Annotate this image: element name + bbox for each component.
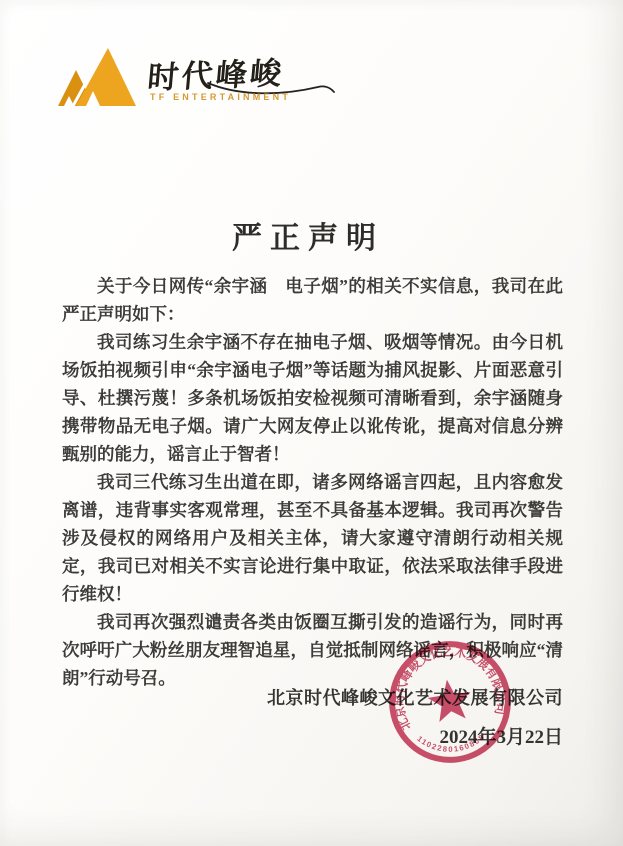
brand-name-en: TF ENTERTAINMENT bbox=[150, 92, 291, 102]
paragraph-warning: 我司三代练习生出道在即，诸多网络谣言四起，且内容愈发离谱，违背事实客观常理，甚至… bbox=[62, 468, 563, 608]
statement-body: 关于今日网传“余宇涵 电子烟”的相关不实信息，我司在此严正声明如下： 我司练习生… bbox=[62, 272, 563, 692]
statement-document: 时代峰峻 TF ENTERTAINMENT 严正声明 关于今日网传“余宇涵 电子… bbox=[0, 0, 623, 846]
tf-triangle-logo-icon bbox=[56, 46, 138, 108]
company-logo: 时代峰峻 TF ENTERTAINMENT bbox=[56, 44, 316, 110]
paragraph-denial: 我司练习生余宇涵不存在抽电子烟、吸烟等情况。由今日机场饭拍视频引申“余宇涵电子烟… bbox=[62, 328, 563, 468]
signature-date: 2024年3月22日 bbox=[267, 722, 563, 749]
paragraph-appeal: 我司再次强烈谴责各类由饭圈互撕引发的造谣行为，同时再次呼吁广大粉丝朋友理智追星，… bbox=[62, 608, 563, 692]
statement-title: 严正声明 bbox=[0, 213, 608, 257]
paragraph-intro: 关于今日网传“余宇涵 电子烟”的相关不实信息，我司在此严正声明如下： bbox=[62, 272, 563, 328]
signature-company: 北京时代峰峻文化艺术发展有限公司 bbox=[267, 684, 563, 710]
signature-block: 北京时代峰峻文化艺术发展有限公司 2024年3月22日 bbox=[267, 684, 563, 749]
